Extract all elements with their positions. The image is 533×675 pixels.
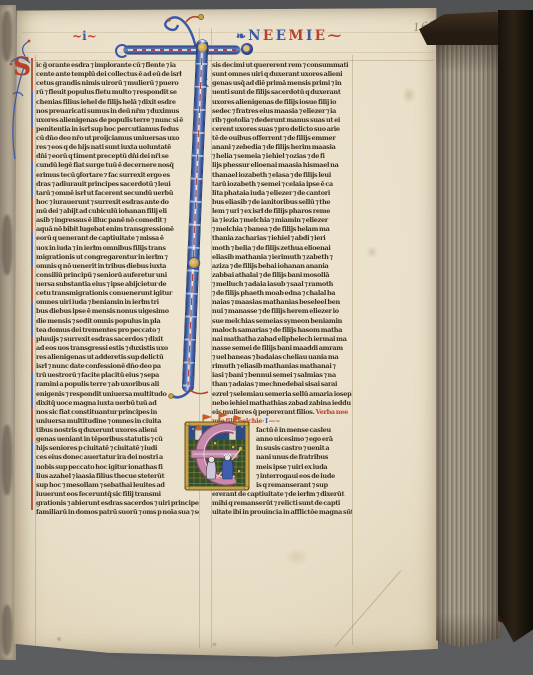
title-letter: N [248,28,263,44]
text-line: ⁊ melchia ⁊ banea ⁊ de filijs helam ma [212,225,352,234]
text-line: cetu transmigrationis conuenerunt igitur [36,289,199,298]
text-line: cente ante templū dei collectus ē ad eū … [36,70,199,79]
parchment-stain [284,548,310,566]
text-line: genas usq̄ ad diē primā mensis primi ⁊ i… [212,79,352,88]
text-line: rib ⁊ gotolia ⁊ dederunt manus suas ut e… [212,116,352,125]
text-line: enigenis ⁊ respondit uniuersa multitudo [36,390,199,399]
edge-smudge [2,215,12,275]
parchment-stain [212,642,217,647]
ornament-glyph: ~ [72,29,82,43]
text-line: in susis castro ⁊ uenit a [256,444,352,453]
text-line: sup hoc ⁊ mesollam ⁊ sebathai leuites ad [36,481,199,490]
text-line: thanael iozabeth ⁊ elasa ⁊ de filijs leu… [212,171,352,180]
text-line: nos sic fiat constituantur principes in [36,408,199,417]
title-paraph-icon: ❧ [236,29,246,43]
text-line: nai mathatha zabad eliphelech iermai ma [212,335,352,344]
text-line: uox in iuda ⁊ in ierłm omnibus filijs tr… [36,244,199,253]
parchment-stain [366,246,378,258]
title-letter: M [289,28,306,44]
arm-right-knob-icon [241,43,253,55]
title-letter: E [315,28,328,44]
ruling-line-vertical [352,55,353,645]
text-line: chenias filius iehel de filijs helā ⁊ di… [36,98,199,107]
text-line: penitentia in isrł sup hoc percutiamus f… [36,125,199,134]
text-line: ⁊ melluch ⁊ adaia iasub ⁊ saal ⁊ ramoth [212,280,352,289]
fore-edge-pages [436,36,501,650]
text-line: nebo iehiel mathathias zabad zabina iedd… [212,399,352,408]
text-line: anani ⁊ zebedia ⁊ de filijs herim maasia [212,143,352,152]
text-line: asib ⁊ ingressus ē illuc panē nō comedit… [36,216,199,225]
text-line: zabbai athalai ⁊ de filijs bani mosollā [212,271,352,280]
text-line: ad eos uos transgressi estis ⁊ duxistis … [36,344,199,353]
text-line: mū dei ⁊ abijt ad cubiculū iohanan filij… [36,207,199,216]
text-line: maloch samarias ⁊ de filijs hasom matha [212,326,352,335]
text-line: tea domus dei trementes pro peccato ⁊ [36,326,199,335]
text-line: nos preuaricati sumus in deū nr̄m ⁊ duxi… [36,107,199,116]
text-line: iasi ⁊ bani ⁊ bennui semei ⁊ salmias ⁊ n… [212,371,352,380]
text-column-left: ic ḡ orante esdra ⁊ implorante cū ⁊ flen… [36,61,199,517]
text-line: bus diebus ipse ē mensis nonus uigesimo [36,307,199,316]
ornament-glyph: ~ [87,29,97,43]
text-line: nani unus de fratribus [256,453,352,462]
text-line: moth ⁊ helia ⁊ de filijs zethua elioenai [212,244,352,253]
text-line: hijs seniores p ciuitatē ⁊ ciuitatē ⁊ iu… [36,444,199,453]
text-line: tarū ⁊ omnē isrł ut facerent secundū uer… [36,189,199,198]
text-line: rimuth ⁊ eliasib mathanias mathanai ⁊ [212,362,352,371]
text-line: is q remanserant ⁊ sup [256,481,352,490]
text-line: uxores alienigenas de filijs iosue filij… [212,98,352,107]
text-line: ces eius donec auertatur ira dei nostri … [36,453,199,462]
text-line: cerent uxores suas ⁊ pro delicto suo ari… [212,125,352,134]
text-line: ⁊ de filijs phaeth moab edna ⁊ chalal ba [212,289,352,298]
text-line: genas ueniant in tēporibus statutis ⁊ cū [36,435,199,444]
text-line: nui ⁊ manasse ⁊ de filijs herem eliezer … [212,307,352,316]
text-line: erimus tecū ꝯfortare ⁊ fac surrexit ergo… [36,171,199,180]
text-line: consiliū principū ⁊ seniorū auferetur un… [36,271,199,280]
text-line: ⁊ helia ⁊ semeia ⁊ iehiel ⁊ ozias ⁊ de f… [212,152,352,161]
text-line: mihi q remanserūt ⁊ relicti sunt de capt… [212,499,352,508]
text-line: uxores alienigenas de populis terre ⁊ nu… [36,116,199,125]
title-letter: E [276,28,289,44]
text-line: lijs phessur elioenai maasia hismael na [212,161,352,170]
parchment-stain [402,86,416,104]
text-line: familiarū in domos patrū suorū ⁊ oms p n… [36,508,199,517]
text-line: omnis q nō uenerit in tribus diebus iuxt… [36,262,199,271]
manuscript-photo: ~i~ ❧NEEMIE⁓ 162 S X ic ḡ orante esdra ⁊… [0,0,533,675]
text-line: nasse semei de filijs bani maaddi amram [212,344,352,353]
text-line: die mensis ⁊ sedit omnis populus in pla [36,317,199,326]
text-line: tarū iozabeth ⁊ semei ⁊ celaia ipse ē ca [212,180,352,189]
text-line: cū dn̄o deo nr̄o ut proijciamus uniuersa… [36,134,199,143]
text-line: hoc ⁊ iurauerunt ⁊ surrexit esdras ante … [36,198,199,207]
text-line: aziza ⁊ de filijs bebai iohanan anania [212,262,352,271]
text-line: migrationis ut congregarentur in ierłm ⁊ [36,253,199,262]
text-span: Verba nee [316,408,348,416]
running-title-left-ornament: ~i~ [72,29,97,43]
arm-left-curl-icon [115,44,129,58]
text-line: eliasib mathania ⁊ ierimuth ⁊ zabeth ⁊ [212,253,352,262]
edge-smudge [2,425,12,495]
text-line: aquā nō bibit lugebat enim transgression… [36,225,199,234]
text-line: res alienigenas ut adderetis sup delictū [36,353,199,362]
text-line: uniuersa multitudine ⁊ omnes in ciuita [36,417,199,426]
text-line: dras ⁊ adiurauit principes sacerdotū ⁊ l… [36,180,199,189]
text-line: ⁊ uel baneas ⁊ badaias cheliau uania ma [212,353,352,362]
text-line: uitate ibi in prouincia in afflictōe mag… [212,508,352,517]
parchment-stain [56,636,62,642]
text-line: anno uicesimo ⁊ ego erā [256,435,352,444]
margin-penwork-line [31,58,33,510]
text-line: than ⁊ adaias ⁊ mechnedebai sisai sarai [212,380,352,389]
text-line: omnes uiri iuda ⁊ beniamin in ierłm tri [36,298,199,307]
text-line: bus eliasib ⁊ de ianitoribus sellū ⁊ the [212,198,352,207]
text-line: uenti sunt de filijs sacerdotū q duxeran… [212,88,352,97]
text-line: sedec ⁊ fratres eius maasia ⁊ eliezer ⁊ … [212,107,352,116]
historiated-initial-E [183,412,253,494]
text-line: ezrel ⁊ selemiau semeria sellū amaria io… [212,390,352,399]
text-line: uersa substantia eius ⁊ ipse abijcietur … [36,280,199,289]
text-line: isrł ⁊ nunc date confessionē dn̄o deo pa [36,362,199,371]
text-line: pluuijs ⁊ surrexit esdras sacerdos ⁊ dix… [36,335,199,344]
text-line: iuuerunt eos feceruntq̄ sic filij transm… [36,490,199,499]
text-line: sue melchias semeias symeon beniamin [212,317,352,326]
text-span: —~ [268,417,280,425]
running-title: ❧NEEMIE⁓ [236,28,341,44]
text-line: ⁊ interrogaui eos de iude [256,472,352,481]
text-line: res ⁊ eos q de hijs nati sunt iuxta uolu… [36,143,199,152]
text-line: trū uestrorū ⁊ facite placitū eius ⁊ sep… [36,371,199,380]
text-line: meis ipse ⁊ uiri ex iuda [256,463,352,472]
text-line: dn̄i ⁊ eorū q timent preceptū dn̄i dei n… [36,152,199,161]
text-line: grationis ⁊ abierunt esdras sacerdos ⁊ u… [36,499,199,508]
text-line: sunt omnes uiri q duxerant uxores alieni [212,70,352,79]
text-line: tē de ouibus offerrent ⁊ de filijs emmer [212,134,352,143]
text-line: dixitq̄ uoce magna iuxta uerbū tuū ad [36,399,199,408]
text-line: ic ḡ orante esdra ⁊ implorante cū ⁊ flen… [36,61,199,70]
title-letter: I [306,28,315,44]
text-line: lius azahel ⁊ iaasia filius thecue stete… [36,472,199,481]
text-line: eorū q uenerant de captiuitate ⁊ missa ē [36,234,199,243]
text-line: nobis sup peccato hoc igitur ionathas fi [36,463,199,472]
title-letter: E [263,28,276,44]
binding-cover-right [498,10,533,652]
text-line: factū ē in mense casleu [256,426,352,435]
text-line: sis decimi ut quererent rem ⁊ consummati [212,61,352,70]
text-line: lita phataia iuda ⁊ eliezer ⁊ de cantori [212,189,352,198]
text-line: rū ⁊ fleuit populus fletu multo ⁊ respon… [36,88,199,97]
text-line: tibus nostris q duxerunt uxores alieni [36,426,199,435]
text-line: naias ⁊ maasias mathanias beseleel ben [212,298,352,307]
penwork-horizontal-arm [124,46,240,54]
text-line: cundū legē fiat surge tuū ē decernere no… [36,161,199,170]
running-title-letters: NEEMIE [248,28,328,44]
gold-knob-icon [198,43,207,52]
text-line: ia ⁊ iezia ⁊ melchia ⁊ miamin ⁊ eliezer [212,216,352,225]
text-line: lem ⁊ uri ⁊ ex isrł de filijs pharos rem… [212,207,352,216]
text-line: cetus grandis nimis uirorū ⁊ mulierū ⁊ p… [36,79,199,88]
text-line: thania zacharias ⁊ iehiel ⁊ abdi ⁊ ieri [212,234,352,243]
edge-smudge [2,605,12,655]
title-end-flourish-icon: ⁓ [328,28,342,44]
text-line: ramini a populis terre ⁊ ab uxoribus ali [36,380,199,389]
